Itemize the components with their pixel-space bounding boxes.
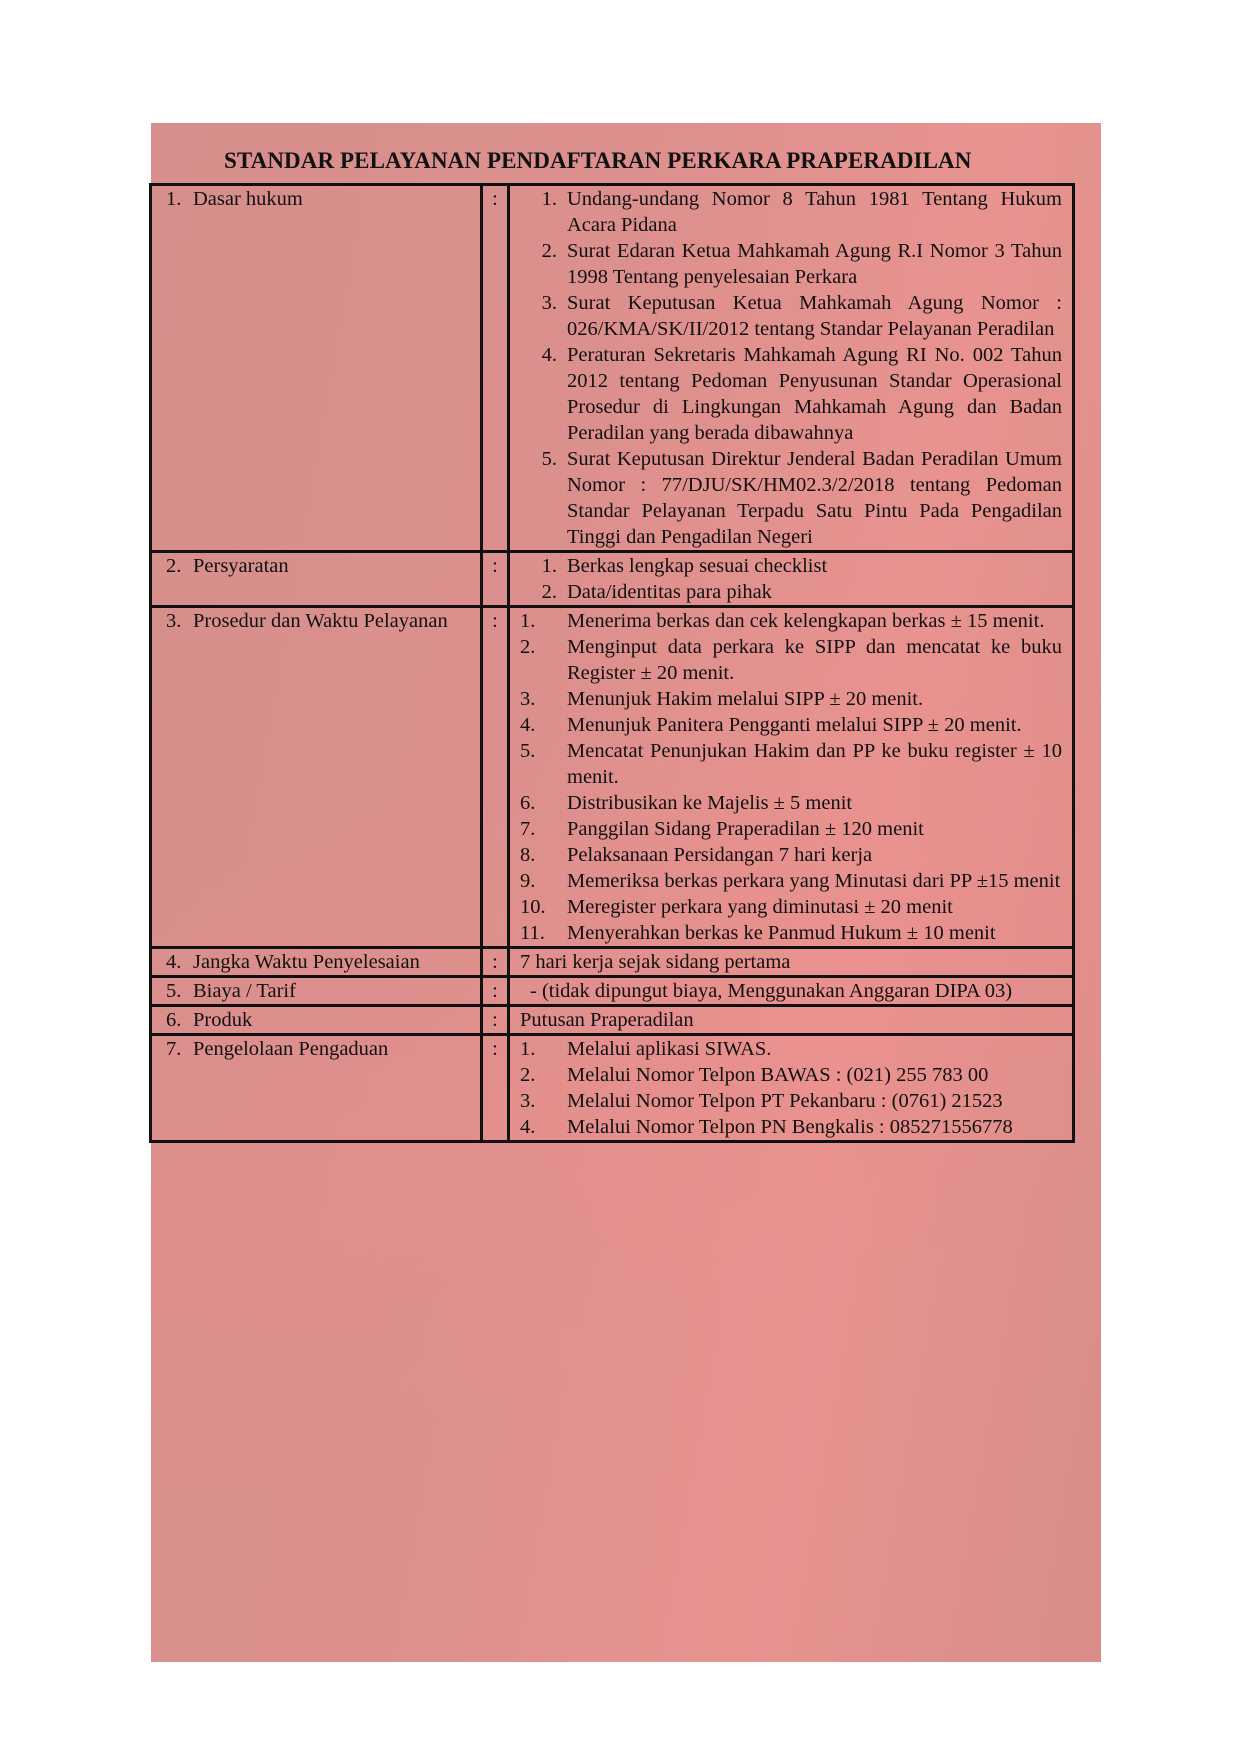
table-row-prosedur: 3.Prosedur dan Waktu Pelayanan : 1.Mener… xyxy=(151,607,1074,948)
document-title: STANDAR PELAYANAN PENDAFTARAN PERKARA PR… xyxy=(151,148,1241,174)
list-item-number: 1. xyxy=(520,186,567,238)
list-item: 9.Memeriksa berkas perkara yang Minutasi… xyxy=(520,868,1062,894)
list-item: 8.Pelaksanaan Persidangan 7 hari kerja xyxy=(520,842,1062,868)
list-item-number: 10. xyxy=(520,894,567,920)
list-item: 2.Menginput data perkara ke SIPP dan men… xyxy=(520,634,1062,686)
row-label: 4.Jangka Waktu Penyelesaian xyxy=(151,948,482,977)
list-item-text: Menginput data perkara ke SIPP dan menca… xyxy=(567,634,1062,686)
list-item-number: 3. xyxy=(520,1088,567,1114)
row-label: 2.Persyaratan xyxy=(151,552,482,607)
list-item-number: 5. xyxy=(520,738,567,790)
list-item-text: Panggilan Sidang Praperadilan ± 120 meni… xyxy=(567,816,1062,842)
row-content: 1.Undang-undang Nomor 8 Tahun 1981 Tenta… xyxy=(509,185,1074,552)
list-item: 2.Surat Edaran Ketua Mahkamah Agung R.I … xyxy=(520,238,1062,290)
list-item-text: Surat Keputusan Ketua Mahkamah Agung Nom… xyxy=(567,290,1062,342)
list-item-number: 5. xyxy=(520,446,567,550)
list-item-number: 11. xyxy=(520,920,567,946)
list-item: 4.Peraturan Sekretaris Mahkamah Agung RI… xyxy=(520,342,1062,446)
list-item-number: 3. xyxy=(520,290,567,342)
list-item-text: Berkas lengkap sesuai checklist xyxy=(567,553,1062,579)
row-content: - (tidak dipungut biaya, Menggunakan Ang… xyxy=(509,977,1074,1006)
list-item: 11.Menyerahkan berkas ke Panmud Hukum ± … xyxy=(520,920,1062,946)
list-item-number: 1. xyxy=(520,553,567,579)
list-item: 5.Mencatat Penunjukan Hakim dan PP ke bu… xyxy=(520,738,1062,790)
list-item-number: 1. xyxy=(520,1036,567,1062)
row-content: 7 hari kerja sejak sidang pertama xyxy=(509,948,1074,977)
list-item: 1.Berkas lengkap sesuai checklist xyxy=(520,553,1062,579)
row-label: 7.Pengelolaan Pengaduan xyxy=(151,1035,482,1142)
requirements-list: 1.Berkas lengkap sesuai checklist2.Data/… xyxy=(520,553,1062,605)
list-item: 5.Surat Keputusan Direktur Jenderal Bada… xyxy=(520,446,1062,550)
legal-basis-list: 1.Undang-undang Nomor 8 Tahun 1981 Tenta… xyxy=(520,186,1062,550)
list-item-text: Surat Keputusan Direktur Jenderal Badan … xyxy=(567,446,1062,550)
list-item-text: Menunjuk Hakim melalui SIPP ± 20 menit. xyxy=(567,686,1062,712)
list-item-text: Melalui Nomor Telpon BAWAS : (021) 255 7… xyxy=(567,1062,1062,1088)
complaint-channels-list: 1.Melalui aplikasi SIWAS.2.Melalui Nomor… xyxy=(520,1036,1062,1140)
list-item-text: Surat Edaran Ketua Mahkamah Agung R.I No… xyxy=(567,238,1062,290)
table-row-jangka-waktu: 4.Jangka Waktu Penyelesaian : 7 hari ker… xyxy=(151,948,1074,977)
list-item: 4.Menunjuk Panitera Pengganti melalui SI… xyxy=(520,712,1062,738)
list-item: 6.Distribusikan ke Majelis ± 5 menit xyxy=(520,790,1062,816)
list-item-text: Pelaksanaan Persidangan 7 hari kerja xyxy=(567,842,1062,868)
row-content: Putusan Praperadilan xyxy=(509,1006,1074,1035)
list-item-text: Undang-undang Nomor 8 Tahun 1981 Tentang… xyxy=(567,186,1062,238)
list-item: 4.Melalui Nomor Telpon PN Bengkalis : 08… xyxy=(520,1114,1062,1140)
list-item-text: Melalui aplikasi SIWAS. xyxy=(567,1036,1062,1062)
table-row-biaya: 5.Biaya / Tarif : - (tidak dipungut biay… xyxy=(151,977,1074,1006)
list-item-text: Mencatat Penunjukan Hakim dan PP ke buku… xyxy=(567,738,1062,790)
fee-value: - (tidak dipungut biaya, Menggunakan Ang… xyxy=(520,978,1062,1004)
list-item: 3.Melalui Nomor Telpon PT Pekanbaru : (0… xyxy=(520,1088,1062,1114)
list-item-number: 2. xyxy=(520,238,567,290)
list-item-text: Melalui Nomor Telpon PT Pekanbaru : (076… xyxy=(567,1088,1062,1114)
list-item: 1.Menerima berkas dan cek kelengkapan be… xyxy=(520,608,1062,634)
colon-separator: : xyxy=(482,1006,509,1035)
list-item: 1.Melalui aplikasi SIWAS. xyxy=(520,1036,1062,1062)
row-label: 6.Produk xyxy=(151,1006,482,1035)
list-item-text: Menerima berkas dan cek kelengkapan berk… xyxy=(567,608,1062,634)
colon-separator: : xyxy=(482,977,509,1006)
table-row-persyaratan: 2.Persyaratan : 1.Berkas lengkap sesuai … xyxy=(151,552,1074,607)
row-content: 1.Menerima berkas dan cek kelengkapan be… xyxy=(509,607,1074,948)
table-row-dasar-hukum: 1.Dasar hukum : 1.Undang-undang Nomor 8 … xyxy=(151,185,1074,552)
procedure-list: 1.Menerima berkas dan cek kelengkapan be… xyxy=(520,608,1062,946)
list-item: 10.Meregister perkara yang diminutasi ± … xyxy=(520,894,1062,920)
list-item-text: Melalui Nomor Telpon PN Bengkalis : 0852… xyxy=(567,1114,1062,1140)
colon-separator: : xyxy=(482,948,509,977)
list-item-text: Menyerahkan berkas ke Panmud Hukum ± 10 … xyxy=(567,920,1062,946)
product-value: Putusan Praperadilan xyxy=(520,1007,1062,1033)
list-item-text: Meregister perkara yang diminutasi ± 20 … xyxy=(567,894,1062,920)
list-item-text: Menunjuk Panitera Pengganti melalui SIPP… xyxy=(567,712,1062,738)
list-item-number: 7. xyxy=(520,816,567,842)
completion-time-value: 7 hari kerja sejak sidang pertama xyxy=(520,949,1062,975)
colon-separator: : xyxy=(482,185,509,552)
list-item-text: Peraturan Sekretaris Mahkamah Agung RI N… xyxy=(567,342,1062,446)
row-label: 3.Prosedur dan Waktu Pelayanan xyxy=(151,607,482,948)
list-item-number: 1. xyxy=(520,608,567,634)
list-item-text: Memeriksa berkas perkara yang Minutasi d… xyxy=(567,868,1062,894)
list-item-number: 4. xyxy=(520,342,567,446)
list-item: 2.Melalui Nomor Telpon BAWAS : (021) 255… xyxy=(520,1062,1062,1088)
colon-separator: : xyxy=(482,607,509,948)
colon-separator: : xyxy=(482,552,509,607)
list-item-number: 9. xyxy=(520,868,567,894)
list-item: 7.Panggilan Sidang Praperadilan ± 120 me… xyxy=(520,816,1062,842)
list-item: 2.Data/identitas para pihak xyxy=(520,579,1062,605)
list-item-number: 3. xyxy=(520,686,567,712)
list-item: 1.Undang-undang Nomor 8 Tahun 1981 Tenta… xyxy=(520,186,1062,238)
list-item-number: 6. xyxy=(520,790,567,816)
list-item: 3.Surat Keputusan Ketua Mahkamah Agung N… xyxy=(520,290,1062,342)
list-item-text: Data/identitas para pihak xyxy=(567,579,1062,605)
row-label: 5.Biaya / Tarif xyxy=(151,977,482,1006)
list-item-text: Distribusikan ke Majelis ± 5 menit xyxy=(567,790,1062,816)
table-row-pengaduan: 7.Pengelolaan Pengaduan : 1.Melalui apli… xyxy=(151,1035,1074,1142)
list-item: 3.Menunjuk Hakim melalui SIPP ± 20 menit… xyxy=(520,686,1062,712)
list-item-number: 4. xyxy=(520,1114,567,1140)
row-content: 1.Melalui aplikasi SIWAS.2.Melalui Nomor… xyxy=(509,1035,1074,1142)
service-standard-table: 1.Dasar hukum : 1.Undang-undang Nomor 8 … xyxy=(149,183,1075,1143)
list-item-number: 2. xyxy=(520,1062,567,1088)
list-item-number: 2. xyxy=(520,634,567,686)
row-label: 1.Dasar hukum xyxy=(151,185,482,552)
list-item-number: 2. xyxy=(520,579,567,605)
list-item-number: 4. xyxy=(520,712,567,738)
row-content: 1.Berkas lengkap sesuai checklist2.Data/… xyxy=(509,552,1074,607)
list-item-number: 8. xyxy=(520,842,567,868)
colon-separator: : xyxy=(482,1035,509,1142)
table-row-produk: 6.Produk : Putusan Praperadilan xyxy=(151,1006,1074,1035)
